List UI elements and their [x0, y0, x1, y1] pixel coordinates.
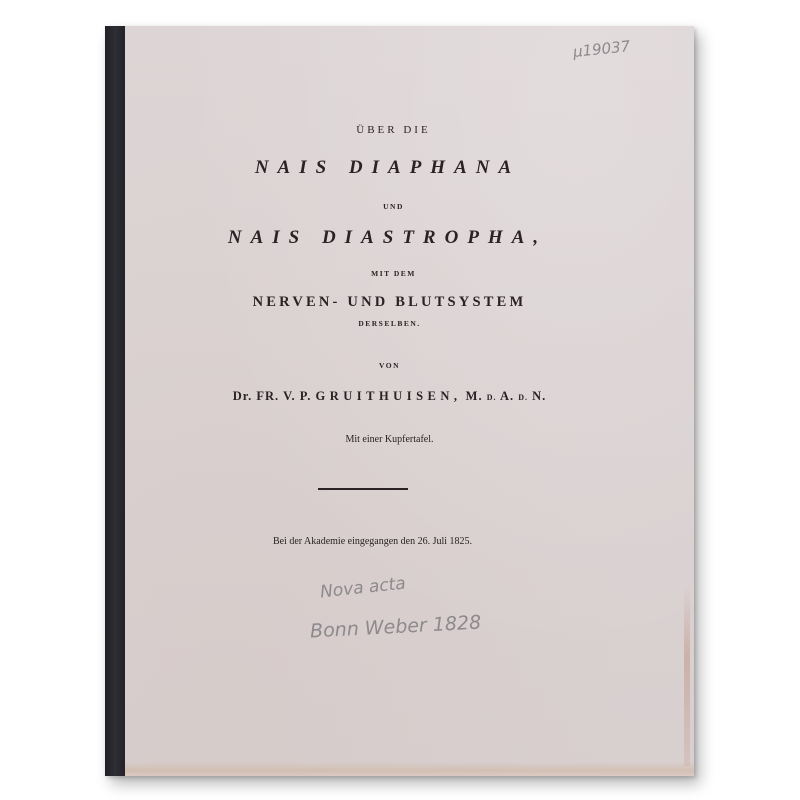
bottom-edge-stain — [125, 762, 694, 776]
plate-note: Mit einer Kupfertafel. — [95, 434, 684, 445]
title-line-mit-dem: MIT DEM — [99, 269, 688, 278]
author-prefix: Dr. FR. V. P. — [233, 389, 312, 403]
title-page: µ19037 ÜBER DIE NAIS DIAPHANA UND NAIS D… — [105, 26, 694, 776]
horizontal-rule — [318, 488, 408, 490]
author-suffix-n: N. — [532, 389, 546, 403]
author-suffix-m: M. — [466, 389, 483, 403]
title-line-nerven-blutsystem: NERVEN- UND BLUTSYSTEM — [95, 294, 684, 311]
pencil-annotation-nova-acta: Nova acta — [319, 574, 406, 603]
author-name: GRUITHUISEN, — [315, 389, 461, 403]
author-suffix-d2: D. — [518, 393, 528, 402]
received-note: Bei der Akademie eingegangen den 26. Jul… — [78, 536, 667, 547]
title-line-nais-diaphana: NAIS DIAPHANA — [93, 157, 682, 179]
author-line: Dr. FR. V. P. GRUITHUISEN, M. D. A. D. N… — [95, 389, 684, 404]
catalog-number: µ19037 — [572, 37, 631, 61]
by-label: VON — [95, 361, 684, 370]
title-line-derselben: DERSELBEN. — [95, 319, 684, 328]
title-line-uber-die: ÜBER DIE — [99, 124, 688, 136]
pencil-annotation-publisher: Bonn Weber 1828 — [310, 612, 482, 643]
author-suffix-a: A. — [500, 389, 514, 403]
title-line-nais-diastropha: NAIS DIASTROPHA, — [93, 227, 682, 249]
author-suffix-d1: D. — [487, 393, 497, 402]
right-edge-stain — [684, 586, 690, 766]
title-line-und: UND — [99, 202, 688, 211]
